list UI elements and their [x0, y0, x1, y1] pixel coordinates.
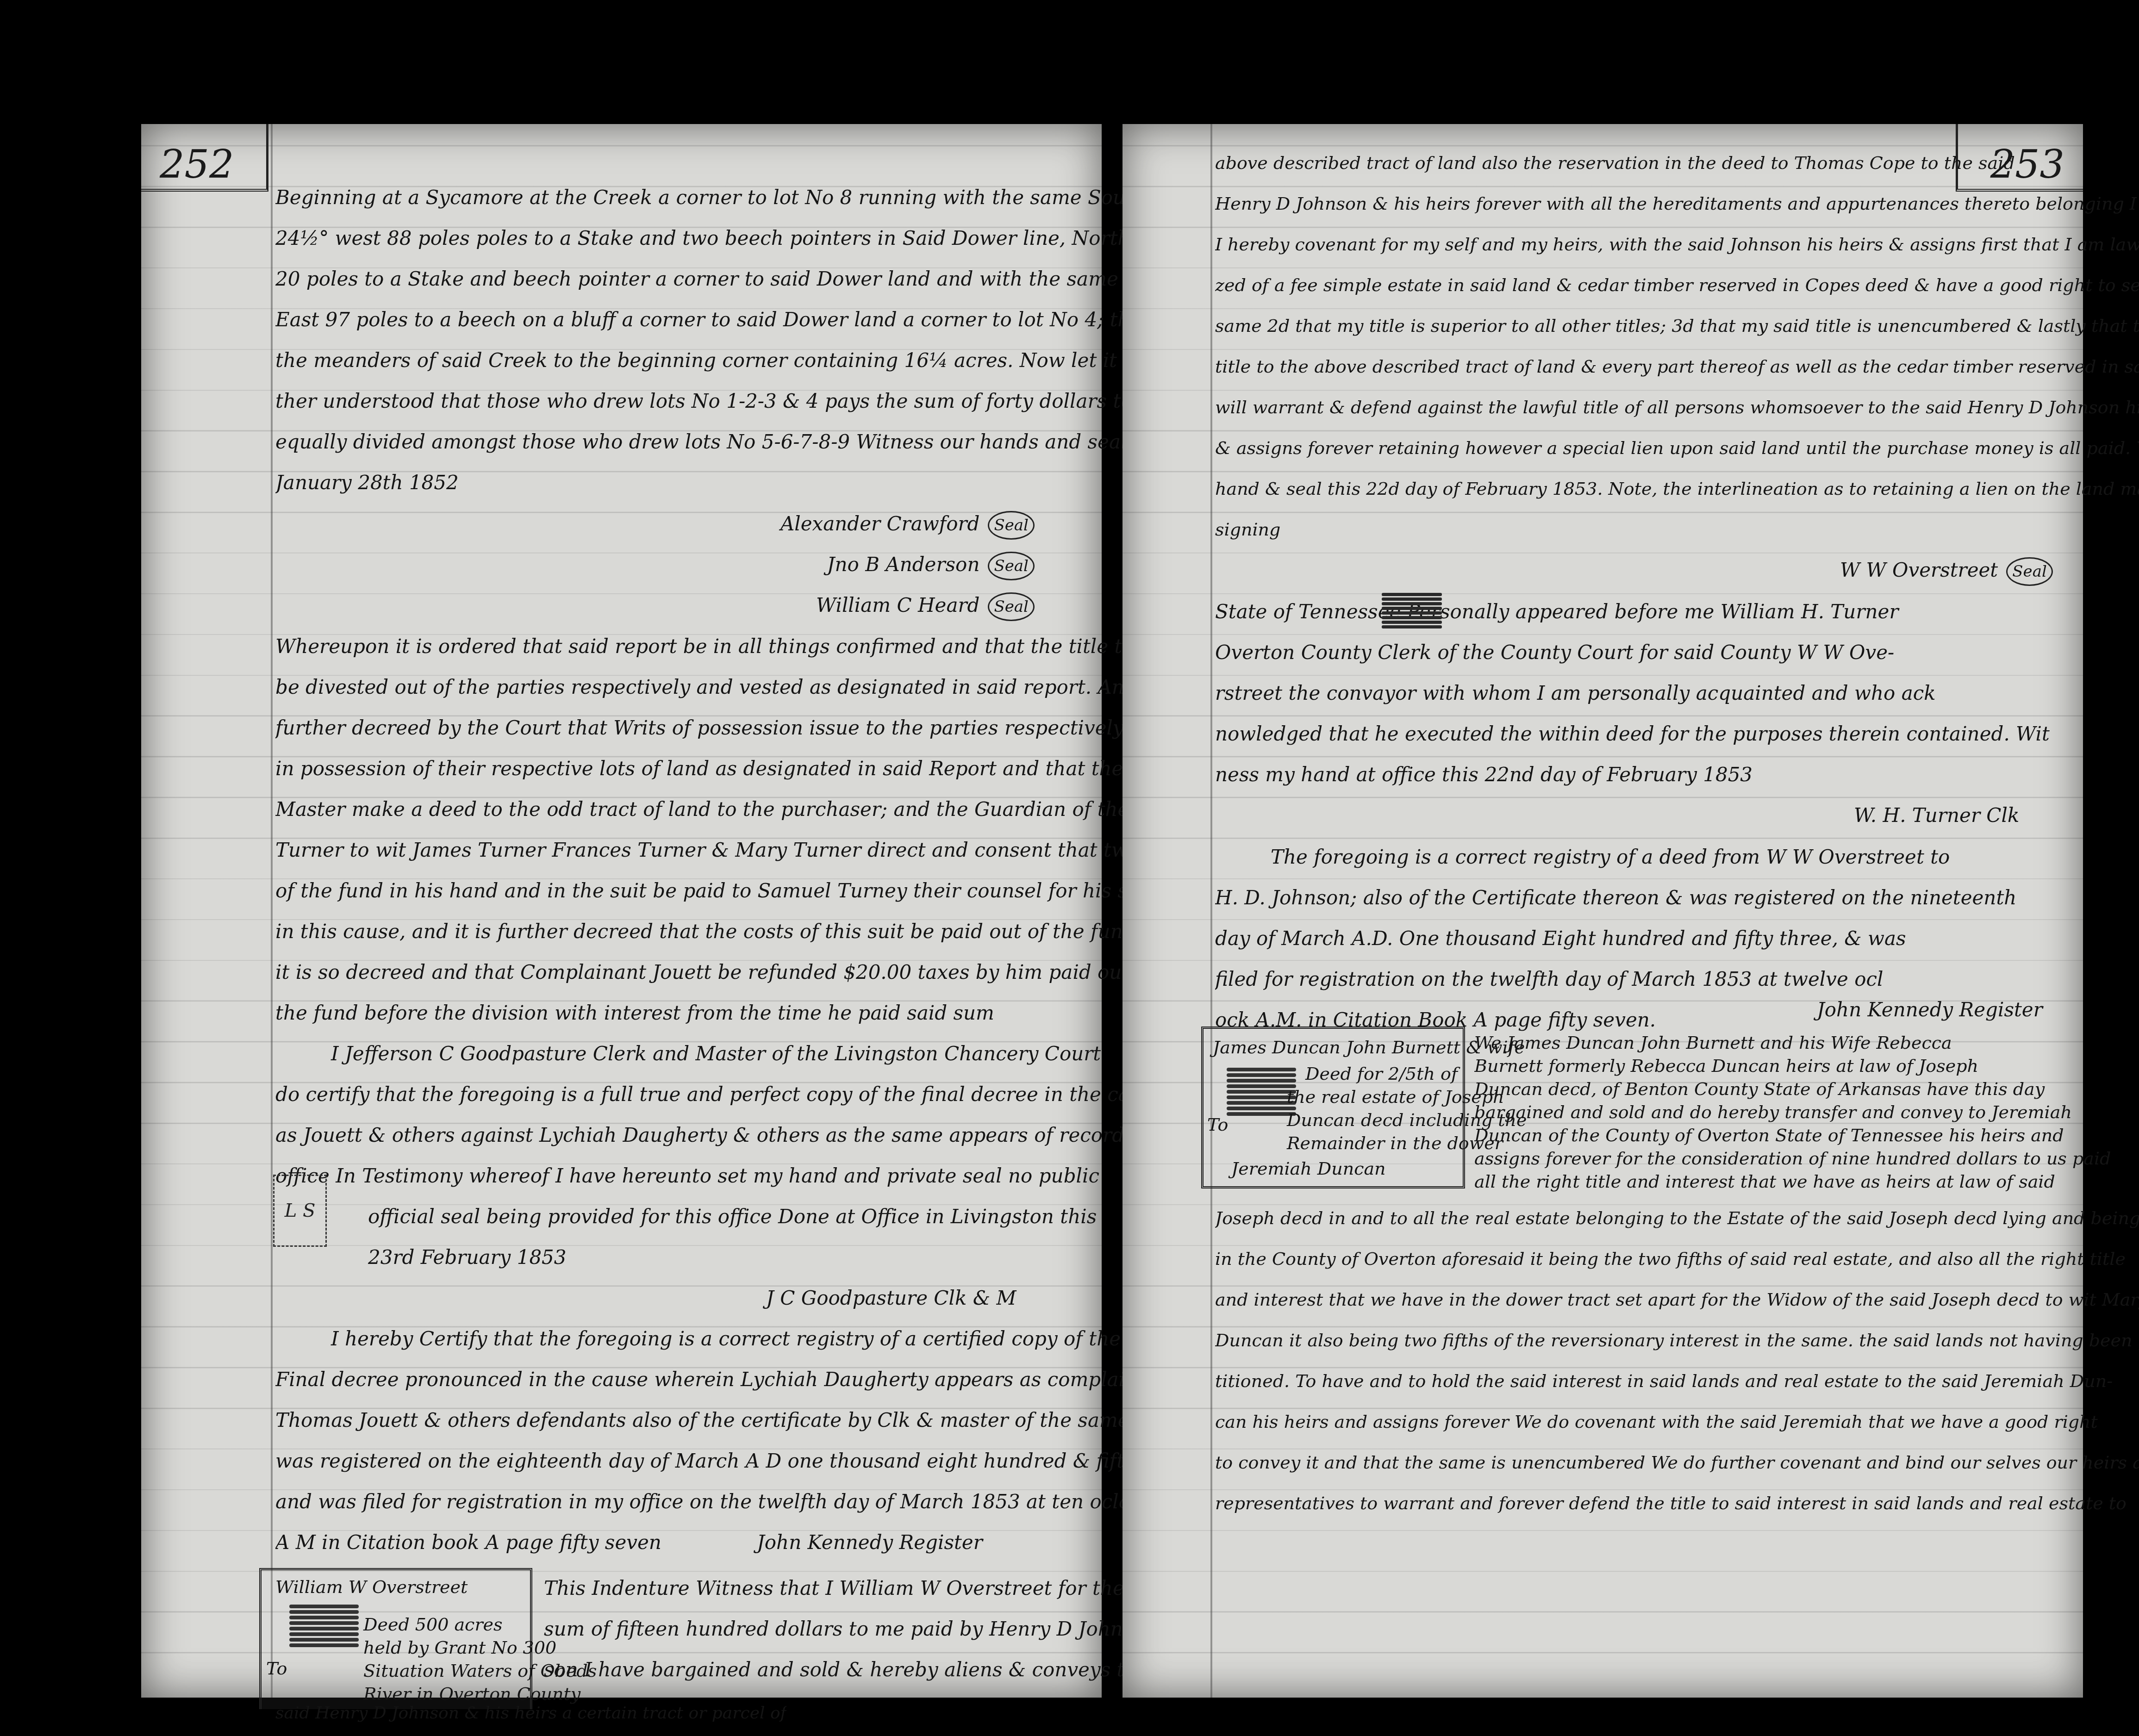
grantee: Jeremiah Duncan — [1231, 1158, 1386, 1179]
to-label: To — [266, 1658, 287, 1679]
duncan-deed-beside-box: We James Duncan John Burnett and his Wif… — [1474, 1031, 2111, 1193]
acknowledgment-1: State of Tennessee Personally appeared b… — [1215, 591, 2050, 795]
register-signature: John Kennedy Register — [1817, 989, 2043, 1030]
signature-block-1: Alexander CrawfordSeal Jno B AndersonSea… — [743, 504, 1076, 626]
seal-icon: Seal — [988, 592, 1035, 621]
page-number: 252 — [160, 142, 234, 187]
ls-seal-icon: L S — [273, 1175, 327, 1247]
grantor: William W Overstreet — [275, 1577, 468, 1597]
register-signature: John Kennedy Register — [757, 1522, 983, 1563]
clerk-certificate: I Jefferson C Goodpasture Clerk and Mast… — [275, 1033, 1232, 1278]
to-label: To — [1207, 1114, 1228, 1135]
page-number-box: 252 — [141, 124, 268, 192]
signature: Jno B AndersonSeal — [743, 544, 1076, 585]
brace-icon — [289, 1603, 359, 1649]
seal-icon: Seal — [988, 511, 1035, 540]
goodpasture-signature: J C Goodpasture Clk & M — [766, 1278, 1016, 1319]
seal-icon: Seal — [988, 552, 1035, 580]
seal-icon: Seal — [2006, 557, 2053, 586]
margin-rule — [1210, 124, 1212, 1698]
brace-icon — [1227, 1066, 1296, 1118]
decree-paragraph: Whereupon it is ordered that said report… — [275, 626, 1245, 1033]
signature: William C HeardSeal — [743, 585, 1076, 626]
left-page: 252 Beginning at a Sycamore at the Creek… — [141, 124, 1102, 1698]
indenture-beside-box: This Indenture Witness that I William W … — [544, 1568, 1174, 1690]
overstreet-signature: W W OverstreetSeal — [1840, 550, 2053, 591]
brace-icon — [1382, 591, 1442, 630]
right-page: 253 above described tract of land also t… — [1123, 124, 2083, 1698]
deed-marginal-box: William W Overstreet To Deed 500 acres h… — [259, 1568, 532, 1709]
duncan-deed-continued: Joseph decd in and to all the real estat… — [1215, 1198, 2139, 1524]
clerk-signature: W. H. Turner Clk — [1854, 795, 2019, 836]
indenture-continued: Henry D Johnson said Henry D Johnson & h… — [275, 1693, 786, 1734]
deed-continuation: above described tract of land also the r… — [1215, 143, 2139, 550]
deed-marginal-box: James Duncan John Burnett & wife To Deed… — [1201, 1027, 1465, 1188]
signature: Alexander CrawfordSeal — [743, 504, 1076, 544]
land-description: Beginning at a Sycamore at the Creek a c… — [275, 177, 1223, 503]
margin-rule — [271, 124, 273, 1698]
